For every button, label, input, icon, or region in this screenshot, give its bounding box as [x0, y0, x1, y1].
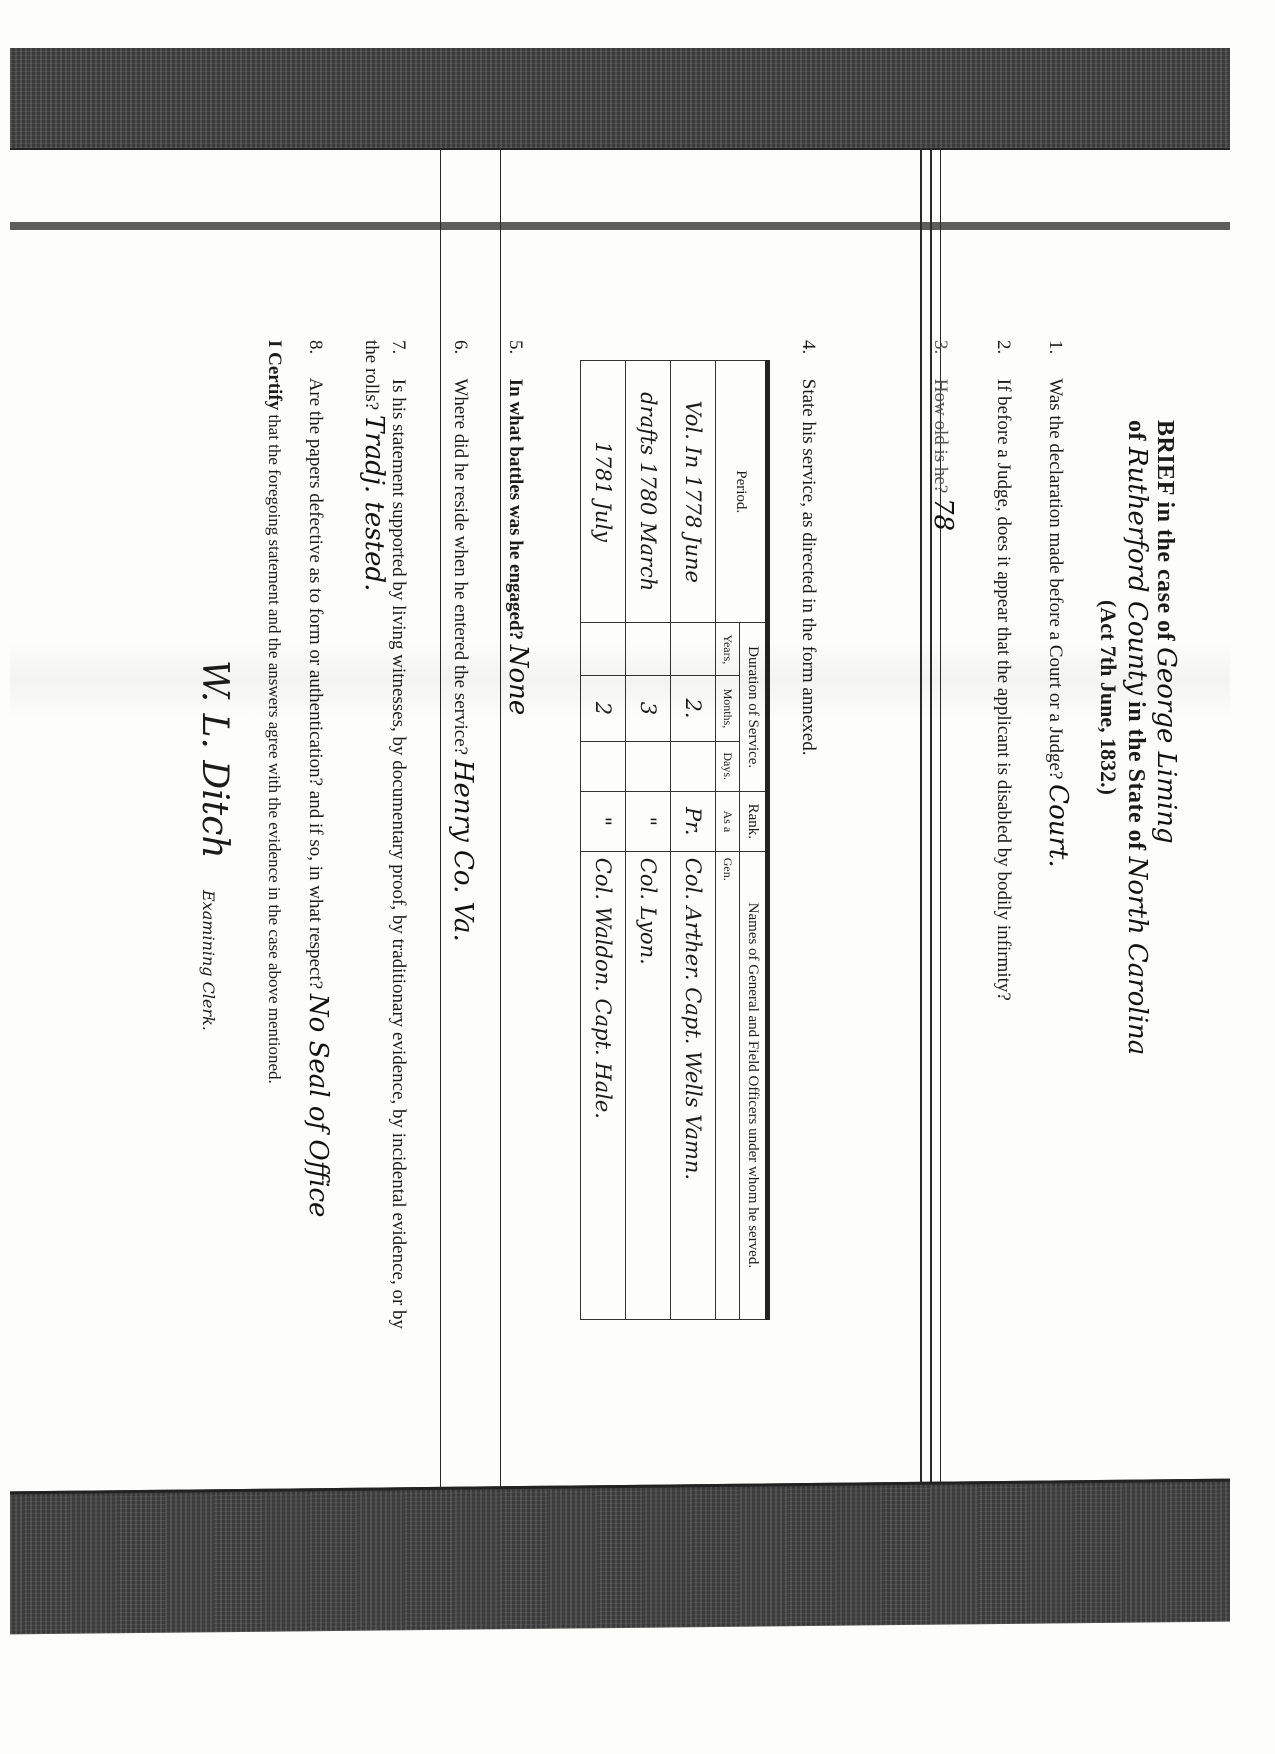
county-name: Rutherford County [1122, 447, 1152, 695]
col-officers-sub: Gen. [716, 851, 740, 1319]
question-8: 8. Are the papers defective as to form o… [303, 340, 330, 1390]
answer: None [503, 645, 533, 716]
question-4: 4. State his service, as directed in the… [796, 340, 820, 755]
question-2: 2. If before a Judge, does it appear tha… [991, 340, 1015, 1001]
question-1: 1. Was the declaration made before a Cou… [1043, 340, 1070, 868]
question-text: Where did he reside when he entered the … [450, 378, 471, 755]
document-title: BRIEF in the case of George Liming of Ru… [1094, 420, 1180, 1320]
table-row: 1781 July 2 " Col. Waldon. Capt. Hale. [581, 361, 626, 1320]
answer: Henry Co. Va. [448, 760, 478, 942]
answer: 78 [928, 498, 958, 531]
certification: I Certify that the foregoing statement a… [263, 340, 285, 1340]
signature-name: W. L. Ditch [194, 660, 235, 859]
certify-text: that the foregoing statement and the ans… [265, 414, 284, 1083]
act-reference: (Act 7th June, 1832.) [1094, 600, 1122, 1320]
col-days: Days. [716, 741, 740, 791]
question-text: In what battles was he engaged? [505, 379, 526, 640]
pension-brief-page: BRIEF in the case of George Liming of Ru… [190, 300, 1190, 1450]
question-7: 7. Is his statement supported by living … [359, 340, 410, 1340]
scan-band-bottom [10, 1479, 1230, 1635]
answer: Tradj. tested. [359, 415, 389, 591]
signature-role: Examining Clerk. [199, 890, 218, 1031]
col-months: Months, [716, 676, 740, 741]
question-text: How old is he? [930, 379, 951, 494]
col-rank-sub: As a [716, 791, 740, 851]
title-prefix: BRIEF in the case of [1152, 420, 1178, 641]
question-text: Are the papers defective as to form or a… [305, 378, 326, 989]
answer: No Seal of Office [303, 994, 333, 1218]
question-text: State his service, as directed in the fo… [798, 379, 819, 756]
table-row: drafts 1780 March 3 " Col. Lyon. [626, 361, 671, 1320]
col-years: Years, [716, 623, 740, 676]
col-officers: Names of General and Field Officers unde… [740, 851, 768, 1319]
county-prefix: of [1123, 420, 1149, 441]
question-text: Was the declaration made before a Court … [1045, 378, 1066, 779]
scan-band-top [10, 48, 1230, 150]
answer: Court. [1043, 784, 1073, 867]
question-6: 6. Where did he reside when he entered t… [448, 340, 475, 942]
state-name: North Carolina [1122, 857, 1152, 1056]
claimant-name: George Liming [1151, 647, 1181, 843]
col-rank: Rank. [740, 791, 768, 851]
fold-edge [10, 222, 1230, 256]
col-duration: Duration of Service. [740, 623, 768, 791]
question-text: If before a Judge, does it appear that t… [993, 379, 1014, 1001]
question-3: 3. How old is he? 78 [928, 340, 955, 531]
state-prefix: in the State of [1123, 701, 1149, 850]
service-table: Period. Duration of Service. Rank. Names… [580, 360, 770, 1320]
certify-lead: I Certify [264, 340, 285, 410]
signature: W. L. Ditch Examining Clerk. [194, 660, 235, 1031]
table-row: Vol. In 1778 June 2. Pr. Col. Arther. Ca… [671, 361, 716, 1320]
question-5: 5. In what battles was he engaged? None [503, 340, 530, 715]
col-period: Period. [716, 361, 768, 623]
